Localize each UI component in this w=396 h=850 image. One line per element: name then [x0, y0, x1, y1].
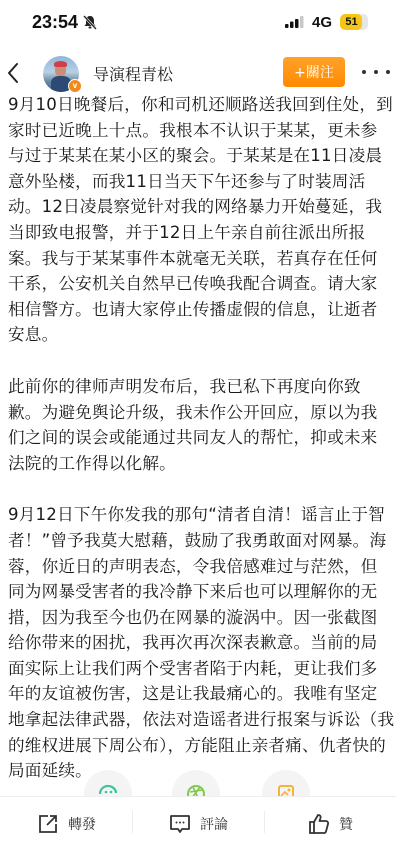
text-line: 干系，公安机关自然早已传唤我配合调查。请大家	[8, 271, 390, 297]
follow-button[interactable]: +關注	[283, 57, 345, 87]
signal-icon	[285, 16, 305, 28]
battery-level: 51	[340, 14, 363, 30]
like-label: 贊	[339, 814, 353, 834]
post-paragraph-3: 9月12日下午你发我的那句“清者自清！谣言止于智 者！”曾予我莫大慰藉，鼓励了我…	[8, 502, 390, 784]
text-line: 相信警方。也请大家停止传播虚假的信息，让逝者	[8, 297, 390, 323]
text-line: 案。我与于某某事件本就毫无关联，若真存在任何	[8, 246, 390, 272]
text-line: 意外坠楼，而我11日当天下午还参与了时装周活	[8, 169, 390, 195]
chevron-left-icon[interactable]	[6, 62, 20, 84]
repost-icon	[36, 812, 60, 836]
text-line: 的维权进展下周公布），方能阻止亲者痛、仇者快的	[8, 733, 390, 759]
status-time: 23:54	[32, 12, 78, 33]
bell-muted-icon	[82, 14, 98, 30]
comment-button[interactable]: 評論	[132, 797, 264, 850]
text-line: 法院的工作得以化解。	[8, 451, 390, 477]
like-button[interactable]: 贊	[264, 797, 396, 850]
dot	[374, 70, 378, 74]
post-paragraph-1: 9月10日晚餐后，你和司机还顺路送我回到住处，到 家时已近晚上十点。我根本不认识…	[8, 92, 390, 348]
text-line: 与过于某某在某小区的聚会。于某某是在11日凌晨	[8, 143, 390, 169]
repost-label: 轉發	[68, 814, 96, 834]
text-line: 9月12日下午你发我的那句“清者自清！谣言止于智	[8, 502, 390, 528]
dot	[386, 70, 390, 74]
text-line: 9月10日晚餐后，你和司机还顺路送我回到住处，到	[8, 92, 390, 118]
battery-icon: 51	[340, 14, 368, 30]
ellipsis-icon[interactable]	[362, 62, 390, 82]
comment-icon	[168, 812, 192, 836]
text-line: 此前你的律师声明发布后，我已私下再度向你致	[8, 374, 390, 400]
post-paragraph-2: 此前你的律师声明发布后，我已私下再度向你致 歉。为避免舆论升级，我未作公开回应，…	[8, 374, 390, 476]
comment-label: 評論	[200, 814, 228, 834]
text-line: 家时已近晚上十点。我根本不认识于某某，更未参	[8, 118, 390, 144]
text-line: 面实际上让我们两个受害者陷于内耗，更让我们多	[8, 656, 390, 682]
status-bar: 23:54 4G 51	[0, 0, 396, 48]
text-line: 者！”曾予我莫大慰藉，鼓励了我勇敢面对网暴。海	[8, 528, 390, 554]
text-line: 年的友谊被伤害，这是让我最痛心的。我唯有坚定	[8, 681, 390, 707]
text-line: 措，因为我至今也仍在网暴的漩涡中。因一张截图	[8, 605, 390, 631]
thumbs-up-icon	[307, 812, 331, 836]
text-line: 给你带来的困扰，我再次再次深表歉意。当前的局	[8, 630, 390, 656]
action-bar: 轉發 評論 贊	[0, 796, 396, 850]
verified-badge-icon: v	[68, 79, 82, 93]
text-line: 动。12日凌晨察觉针对我的网络暴力开始蔓延，我	[8, 194, 390, 220]
text-line: 们之间的误会或能通过共同友人的帮忙，抑或未来	[8, 425, 390, 451]
repost-button[interactable]: 轉發	[0, 797, 132, 850]
text-line: 安息。	[8, 322, 390, 348]
text-line: 蓉，你近日的声明表态，令我倍感难过与茫然，但	[8, 554, 390, 580]
post-body: 9月10日晚餐后，你和司机还顺路送我回到住处，到 家时已近晚上十点。我根本不认识…	[8, 92, 390, 810]
avatar-hair	[54, 61, 67, 67]
user-name[interactable]: 导演程青松	[93, 62, 173, 85]
dot	[362, 70, 366, 74]
post-header: v 导演程青松 +關注	[0, 48, 396, 96]
text-line: 歉。为避免舆论升级，我未作公开回应，原以为我	[8, 400, 390, 426]
text-line: 地拿起法律武器，依法对造谣者进行报案与诉讼（我	[8, 707, 390, 733]
network-type: 4G	[312, 14, 332, 31]
text-line: 同为网暴受害者的我冷静下来后也可以理解你的无	[8, 579, 390, 605]
text-line: 当即致电报警，并于12日上午亲自前往派出所报	[8, 220, 390, 246]
